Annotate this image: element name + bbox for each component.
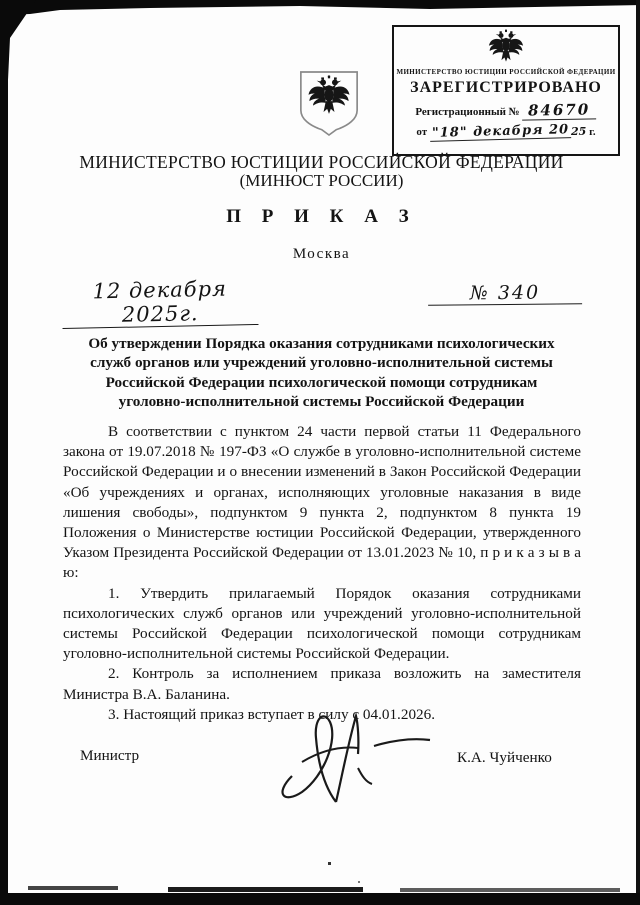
order-title-block: Об утверждении Порядка оказания сотрудни…	[63, 334, 580, 412]
stamp-date-from-label: от	[416, 126, 427, 138]
scan-edge-right	[636, 0, 640, 905]
scan-smudge	[400, 888, 620, 892]
stamp-date-suffix: г.	[589, 126, 596, 138]
scan-smudge	[168, 887, 363, 892]
scan-smudge	[28, 886, 118, 890]
order-title: Об утверждении Порядка оказания сотрудни…	[76, 334, 568, 412]
scan-edge-top	[0, 0, 640, 15]
city-label: Москва	[63, 246, 580, 263]
minister-signature-flourish	[262, 710, 452, 808]
minister-signer-name: К.А. Чуйченко	[457, 749, 552, 767]
stamp-eagle-icon	[394, 29, 618, 67]
scan-edge-bottom	[0, 893, 640, 905]
stamp-date-row: от "18" декабря 2025 г.	[394, 124, 618, 140]
ministry-abbreviation: (МИНЮСТ РОССИИ)	[63, 171, 580, 191]
scan-speck	[358, 881, 360, 883]
document-type-heading: П Р И К А З	[63, 206, 580, 228]
order-number-handwritten: № 340	[428, 281, 582, 306]
order-date-handwritten: 12 декабря 2025г.	[62, 276, 259, 329]
order-intro-paragraph: В соответствии с пунктом 24 части первой…	[63, 422, 581, 584]
stamp-date-handwritten: "18" декабря 20	[430, 122, 572, 142]
order-item-2: 2. Контроль за исполнением приказа возло…	[63, 664, 581, 704]
ministry-name: МИНИСТЕРСТВО ЮСТИЦИИ РОССИЙСКОЙ ФЕДЕРАЦИ…	[63, 152, 580, 173]
scan-speck	[328, 862, 331, 865]
registration-stamp: МИНИСТЕРСТВО ЮСТИЦИИ РОССИЙСКОЙ ФЕДЕРАЦИ…	[392, 25, 620, 156]
order-body: В соответствии с пунктом 24 части первой…	[63, 422, 581, 725]
stamp-reg-number-value: 84670	[522, 100, 597, 120]
scanned-order-page: МИНИСТЕРСТВО ЮСТИЦИИ РОССИЙСКОЙ ФЕДЕРАЦИ…	[0, 0, 640, 905]
stamp-ministry-label: МИНИСТЕРСТВО ЮСТИЦИИ РОССИЙСКОЙ ФЕДЕРАЦИ…	[394, 68, 618, 76]
minister-position-label: Министр	[80, 747, 139, 765]
stamp-date-year-handwritten: 25	[571, 125, 586, 138]
stamp-registration-number-row: Регистрационный № 84670	[394, 101, 618, 120]
scan-edge-left	[0, 0, 8, 905]
stamp-reg-number-label: Регистрационный №	[415, 106, 519, 118]
coat-of-arms-icon	[295, 70, 363, 137]
order-item-1: 1. Утвердить прилагаемый Порядок оказани…	[63, 584, 581, 665]
stamp-registered-label: ЗАРЕГИСТРИРОВАНО	[394, 79, 618, 97]
